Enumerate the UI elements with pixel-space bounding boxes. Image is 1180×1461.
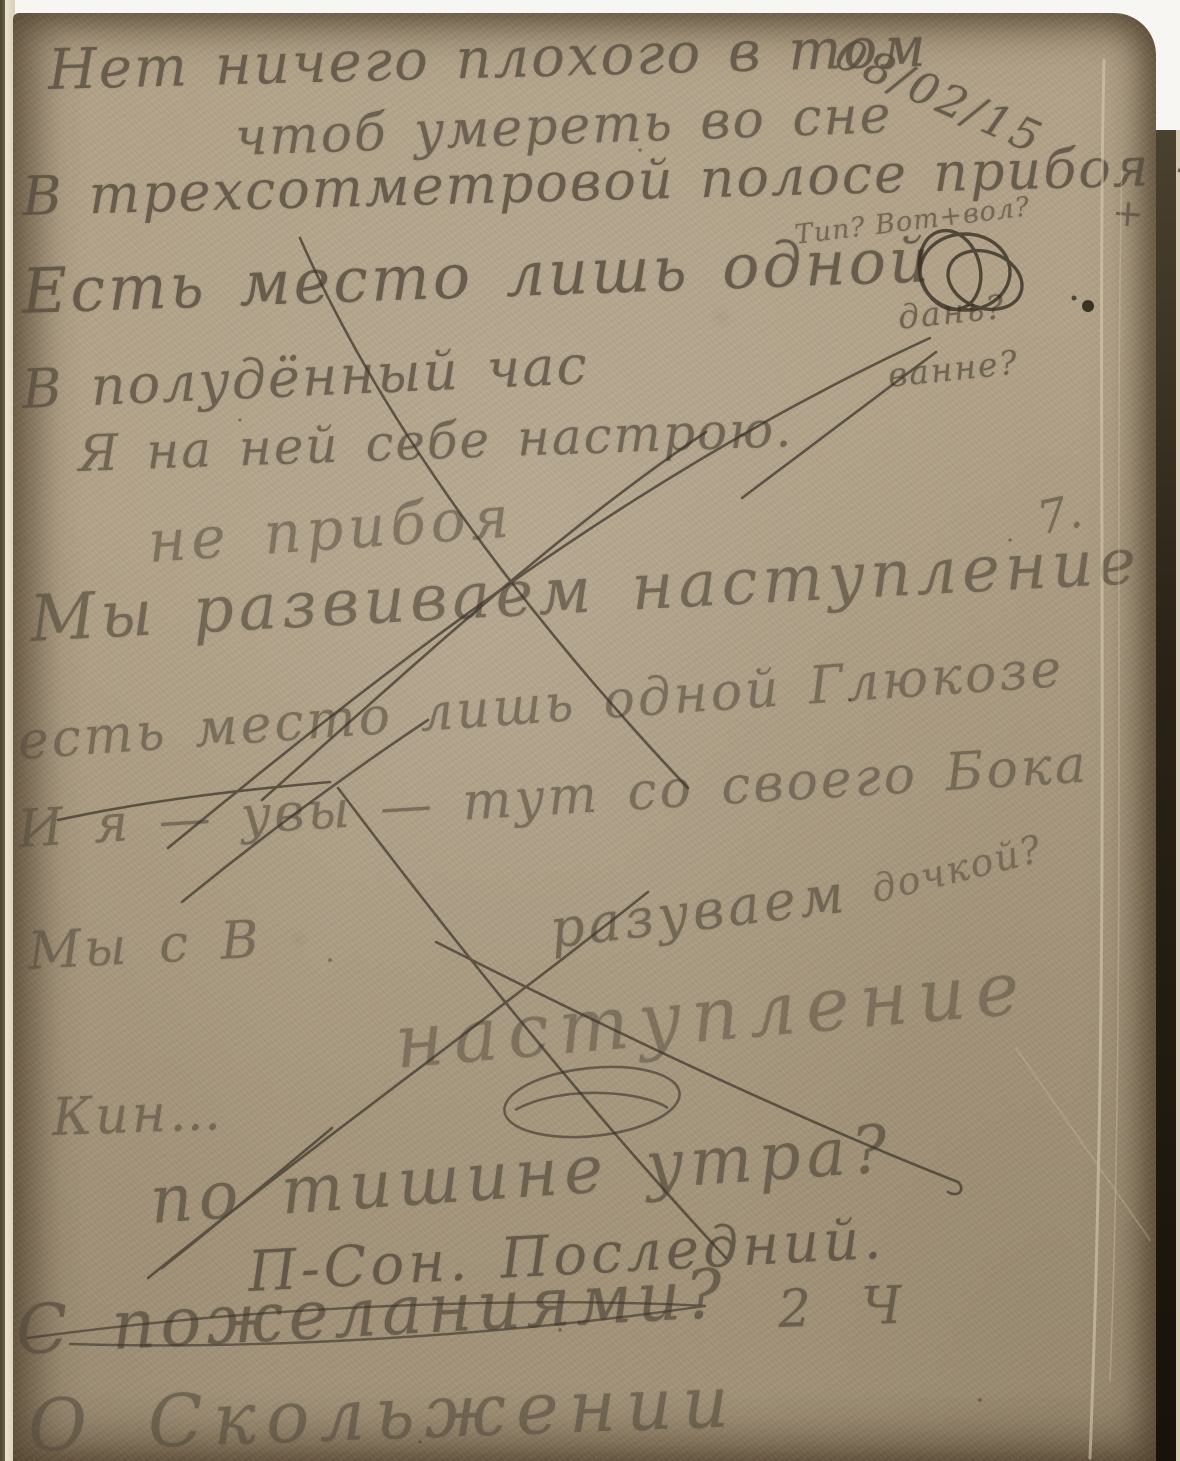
margin-mark: + — [1110, 190, 1145, 236]
handwritten-line: Кин… — [51, 1082, 225, 1148]
scanned-manuscript-page: { "page": { "kind": "Рукописная страница… — [0, 0, 1180, 1461]
margin-mark: 2 Ч — [777, 1276, 903, 1340]
handwritten-line: Мы с В — [26, 910, 263, 982]
scan-right-edge-sliver — [1176, 130, 1180, 1461]
